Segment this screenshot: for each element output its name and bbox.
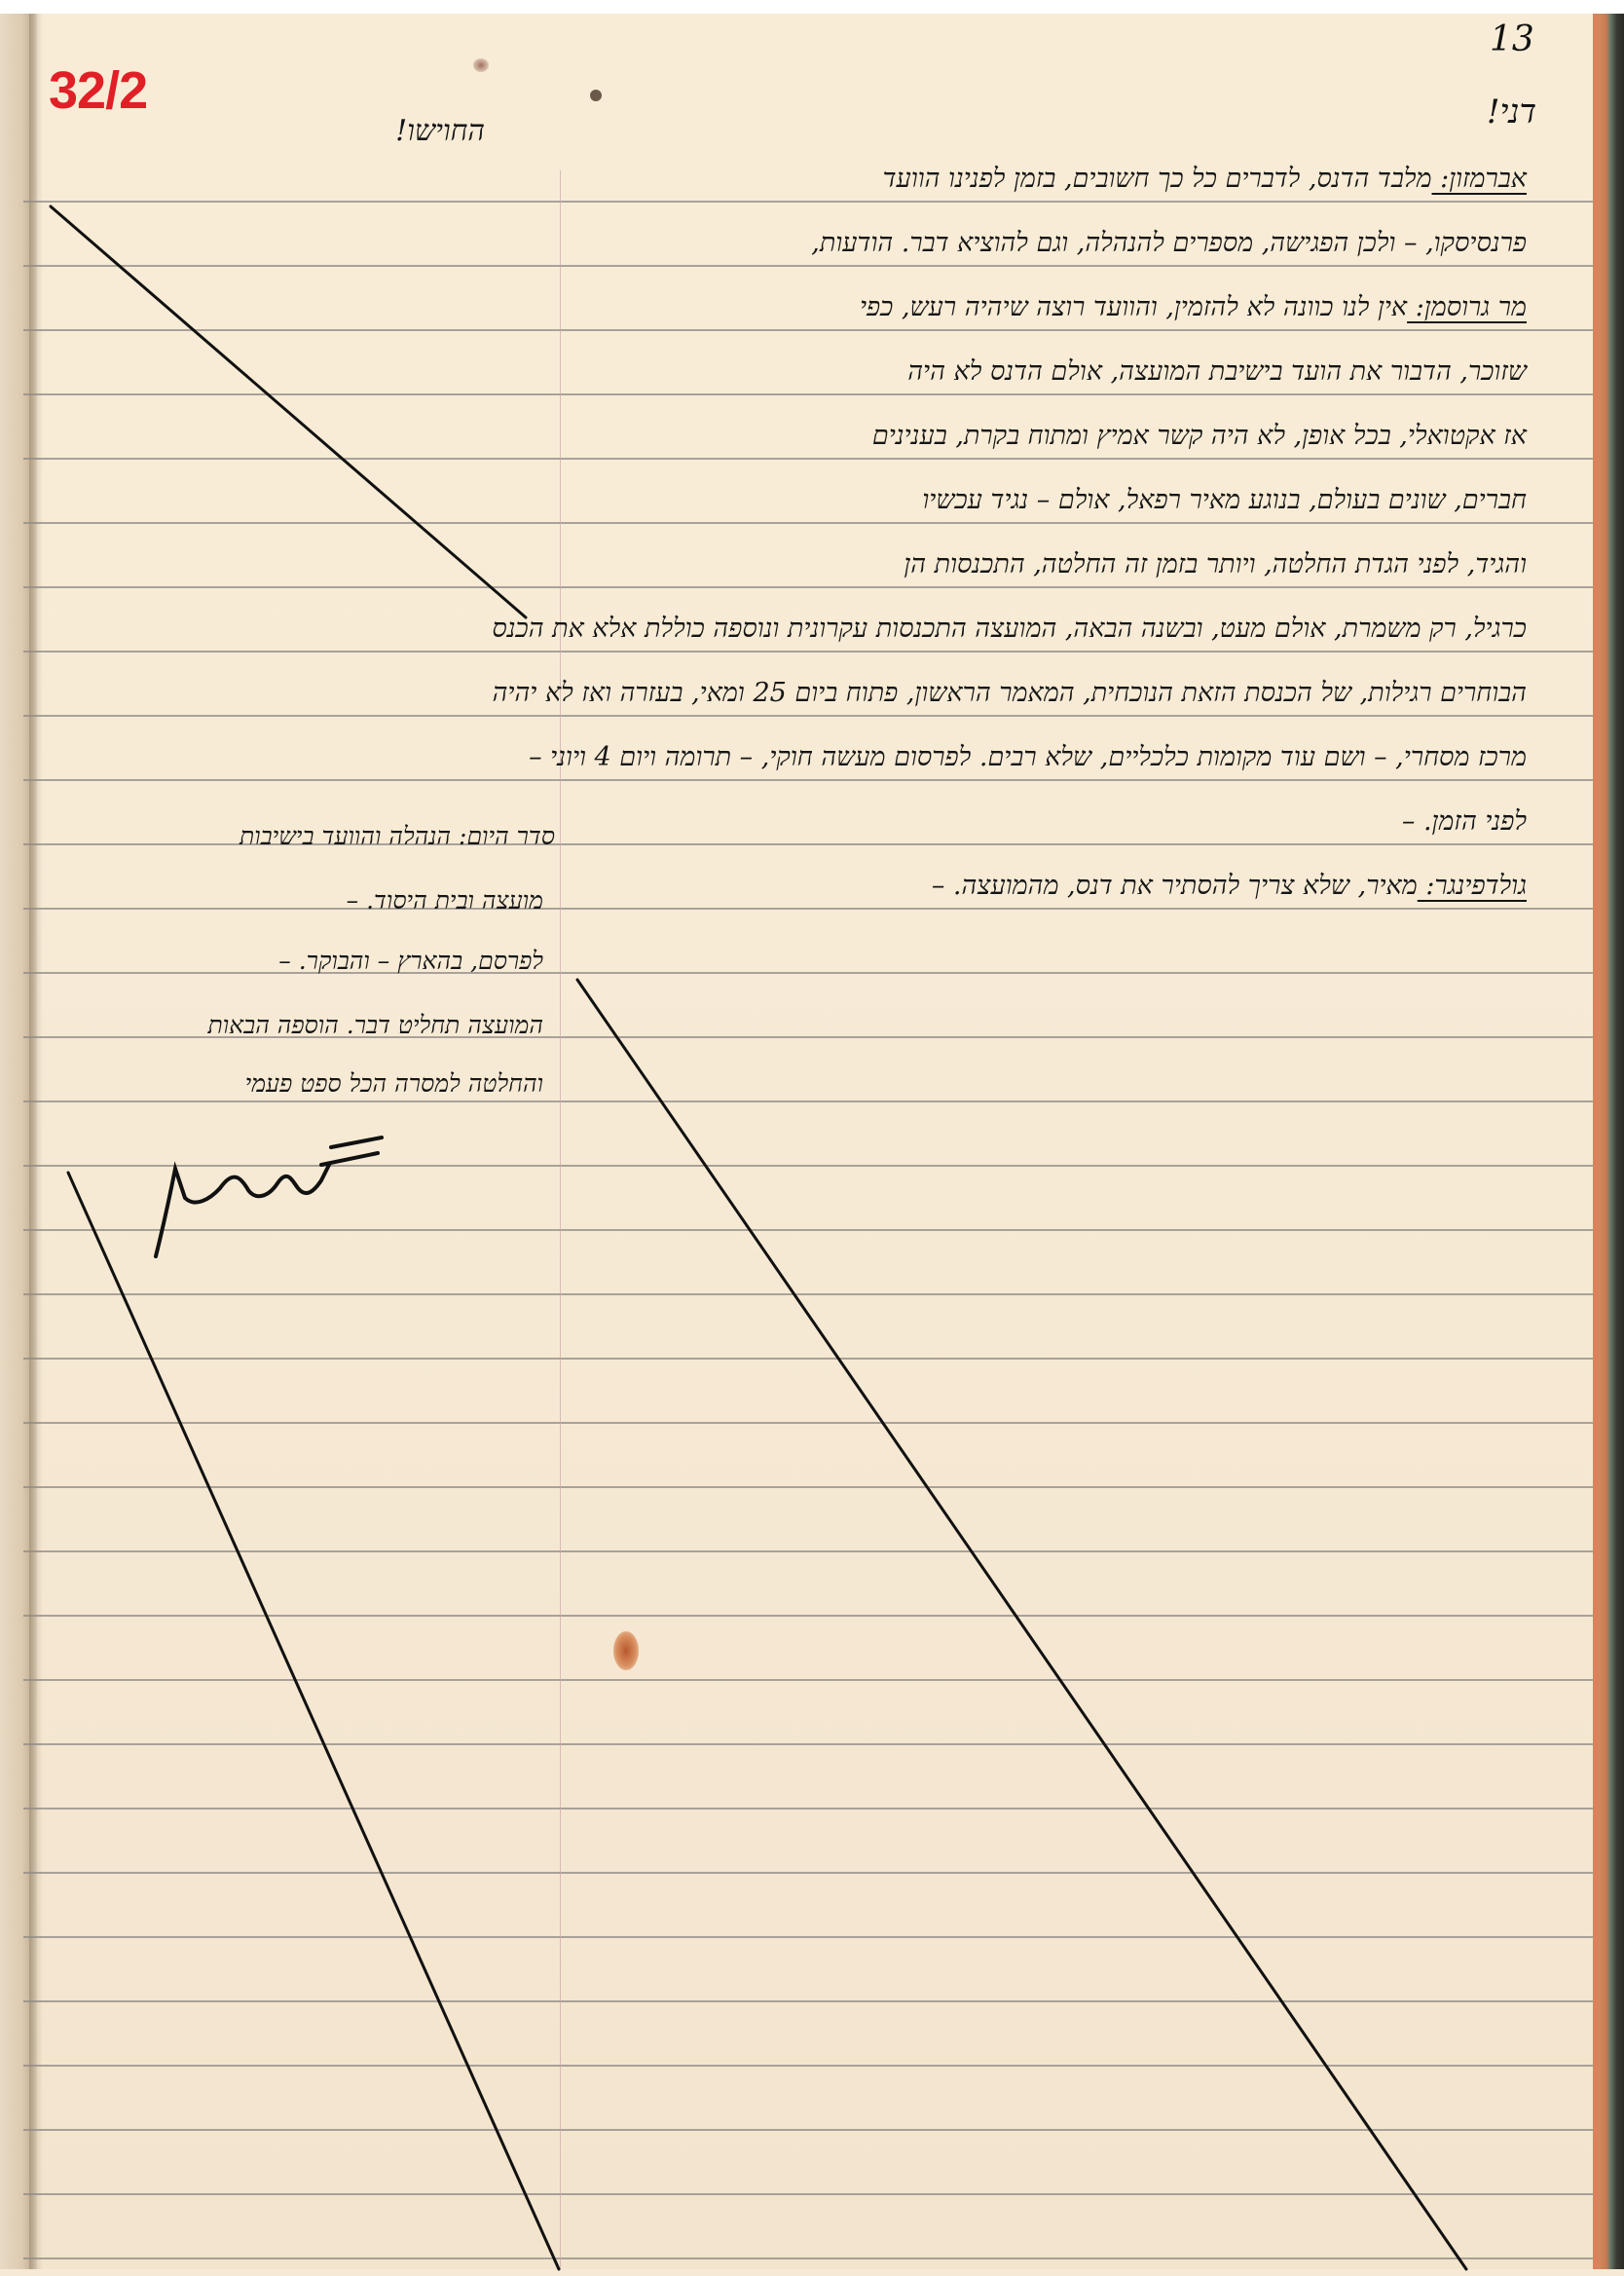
signature (156, 1138, 382, 1256)
strike-line (68, 1173, 559, 2269)
strike-line (577, 980, 1466, 2269)
strike-line (51, 206, 526, 617)
strike-through-lines (0, 0, 1624, 2276)
